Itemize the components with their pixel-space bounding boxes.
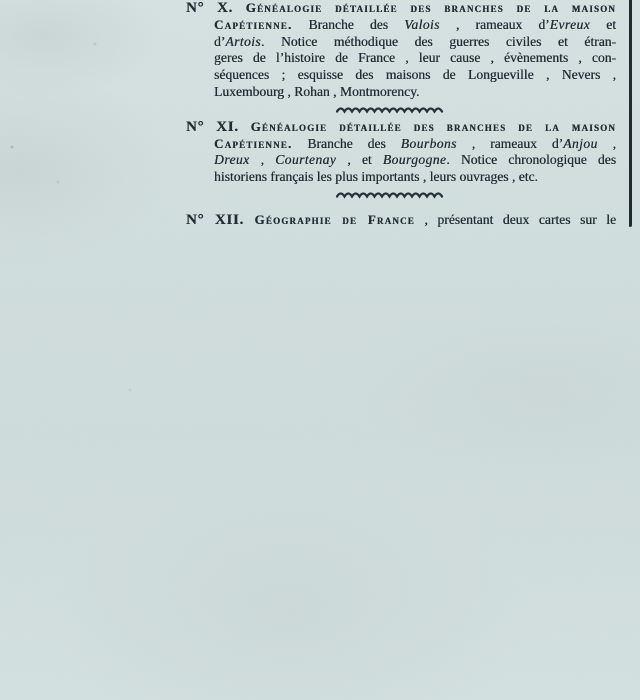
text-segment-rm: , rameaux d’ [440, 17, 550, 32]
text-line: Capétienne. Branche des Bourbons , ramea… [214, 136, 616, 153]
text-segment-rm: Branche des [292, 17, 404, 32]
text-segment-it: Evreux [550, 17, 590, 32]
text-segment-rm: , et [336, 152, 383, 167]
text-segment-rm: Luxembourg , Rohan , Montmorency. [214, 84, 419, 99]
text-segment-it: Courtenay [275, 152, 336, 167]
catalog-entry-1: N° XI. Généalogie détaillée des branches… [186, 119, 616, 186]
text-segment-it: Dreux [214, 152, 249, 167]
text-line: historiens français les plus importants … [214, 169, 616, 186]
text-segment-num: N° XI. [186, 119, 251, 135]
text-segment-num: N° XII. [186, 212, 255, 228]
entries-container: N° X. Généalogie détaillée des branches … [186, 0, 616, 229]
text-line: N° XII. Géographie de France , présentan… [186, 212, 616, 229]
text-segment-rm: , présentant deux cartes sur le [415, 212, 616, 227]
text-segment-sc: Géographie de France [255, 212, 415, 227]
text-line: Capétienne. Branche des Valois , rameaux… [214, 17, 616, 34]
text-segment-num: N° X. [186, 0, 246, 16]
text-segment-rm: et [590, 17, 616, 32]
wavy-rule-icon [336, 190, 449, 199]
text-segment-it: Bourbons [401, 136, 457, 151]
text-line: geres de l’histoire de France , leur cau… [214, 50, 616, 67]
text-segment-rm: d’ [214, 34, 225, 49]
text-line: séquences ; esquisse des maisons de Long… [214, 67, 616, 84]
text-line: Luxembourg , Rohan , Montmorency. [214, 84, 616, 101]
text-segment-rm: historiens français les plus importants … [214, 169, 538, 184]
text-segment-rm: séquences ; esquisse des maisons de Long… [214, 67, 616, 82]
text-segment-rm: , [249, 152, 275, 167]
text-segment-rm: . Notice chronologique des [446, 152, 616, 167]
section-separator [177, 101, 607, 119]
text-segment-rm: Branche des [292, 136, 400, 151]
text-segment-rm: , [598, 136, 616, 151]
text-segment-sc: Capétienne. [214, 17, 292, 32]
text-segment-it: Valois [404, 17, 440, 32]
text-line: N° X. Généalogie détaillée des branches … [186, 0, 616, 17]
section-separator [177, 186, 607, 204]
text-line: Dreux , Courtenay , et Bourgogne. Notice… [214, 152, 616, 169]
catalog-entry-2: N° XII. Géographie de France , présentan… [186, 212, 616, 229]
catalog-entry-0: N° X. Généalogie détaillée des branches … [186, 0, 616, 101]
text-segment-sc: Généalogie détaillée des branches de la … [251, 119, 616, 134]
text-line: N° XI. Généalogie détaillée des branches… [186, 119, 616, 136]
text-line: d’Artois. Notice méthodique des guerres … [214, 34, 616, 51]
scanned-document-page: N° X. Généalogie détaillée des branches … [0, 0, 640, 700]
text-segment-it: Bourgogne [383, 152, 447, 167]
text-segment-it: Anjou [563, 136, 597, 151]
text-segment-rm: geres de l’histoire de France , leur cau… [214, 50, 616, 65]
text-segment-sc: Capétienne. [214, 136, 292, 151]
page-edge-rule [629, 0, 632, 227]
wavy-rule-icon [336, 105, 449, 114]
text-segment-rm: . Notice méthodique des guerres civiles … [261, 34, 616, 49]
text-segment-rm: , rameaux d’ [457, 136, 563, 151]
text-segment-it: Artois [225, 34, 261, 49]
text-segment-sc: Généalogie détaillée des branches de la … [246, 0, 616, 15]
